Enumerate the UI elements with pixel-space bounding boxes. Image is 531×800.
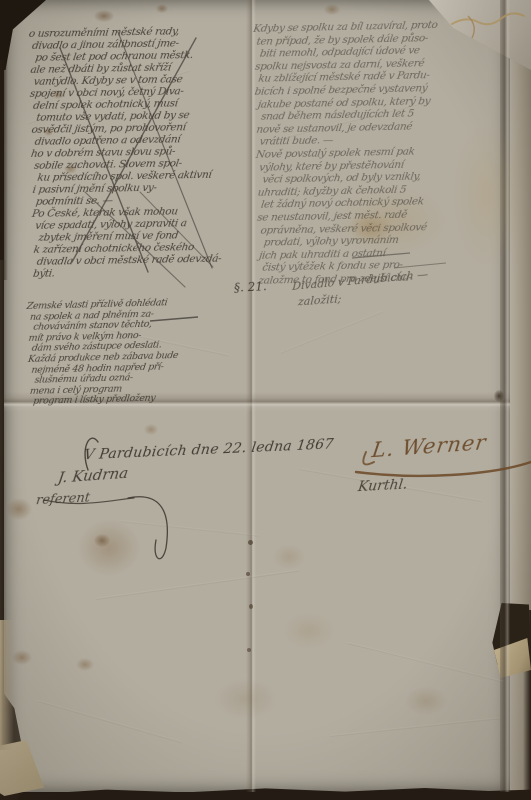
signature-left-role: referent	[35, 491, 91, 509]
handwriting-line: býti.	[32, 268, 55, 280]
section-number: §. 21.	[234, 279, 267, 295]
handwriting-block-right: Kdyby se spolku za bíl uzavíral, protote…	[255, 17, 531, 293]
handwriting-line: program i lístky předloženy	[33, 393, 156, 407]
handwriting-block-left-lower: Zemské vlasti přízlivě dohlédatina spole…	[29, 295, 257, 413]
document-photo: o usrozuměními městské rady,divadlo a ji…	[0, 0, 531, 800]
handwriting-line: divadla v obci městské radě odevzdá-	[36, 253, 222, 268]
signature-right-secondary: Kurthl.	[357, 477, 408, 496]
handwriting-line: nově se ustanovil, je odevzdané	[256, 120, 413, 135]
handwriting-block-left-upper: o usrozuměními městské rady,divadlo a ji…	[31, 24, 260, 284]
handwriting-line: i pasivní jmění spolku vy-	[32, 182, 158, 196]
handwriting-line: vrátiti bude. —	[259, 135, 334, 149]
